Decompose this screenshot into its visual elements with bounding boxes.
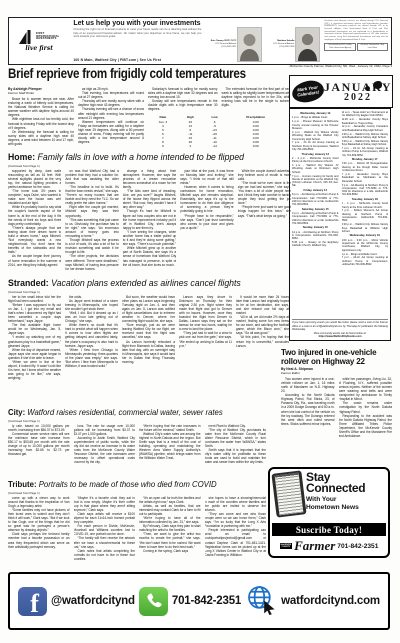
- calendar-entry: 3:30 p.m. - Watford City Wolves Varsity …: [342, 133, 389, 140]
- city-article: City: Watford raises residential, commer…: [8, 407, 266, 474]
- paragraph: “When I flew from Chicago to Minneapolis…: [65, 348, 118, 368]
- masthead-line: McKenzie County Farmer, Watford City, ND…: [242, 64, 392, 68]
- paragraph: Smith says that it is important that the…: [205, 448, 267, 464]
- paragraph: “They just had to wait for a crew to pic…: [179, 331, 232, 347]
- paragraph: ly rate, based on 10,000 gallons per mon…: [8, 424, 70, 432]
- paragraph: Artists, as well as families, that are i…: [139, 504, 201, 516]
- calendar-entry: 1 p.m. - Pioneer Museum of McKenzie Coun…: [292, 120, 339, 130]
- paragraph: As Jappe went instead of a storm brewing…: [65, 299, 118, 311]
- cell-high: 2: [178, 144, 203, 148]
- paragraph: “The most we’ve ever done is the sign we…: [238, 181, 291, 206]
- paragraph: Clark says artists will receive a $100 s…: [74, 512, 136, 524]
- weather-headline: Brief reprieve from frigidly cold temper…: [8, 66, 246, 81]
- paragraph: Warmer temperatures will continue on Fri…: [78, 120, 144, 145]
- advisor-1-phone: (701) 842-2312: [206, 46, 236, 49]
- paragraph: “People here just want to see good thing…: [238, 205, 291, 217]
- cell-date: 9: [148, 144, 178, 148]
- calendar-entry: 5:30 p.m. - Watford City Wolves Varsity …: [342, 140, 389, 147]
- continued-note: (Continued from Page 1): [8, 491, 266, 495]
- paragraph: While Mitchell grew up in another part o…: [123, 246, 176, 266]
- globe-icon: [245, 583, 277, 620]
- calendar-entry: 8 p.m. - AA Meeting at Northern Pump & C…: [342, 184, 389, 197]
- calendar-year: 2022: [324, 93, 392, 103]
- calendar-right-column: 11 a.m. - Texas Hold ’em Tournament at t…: [342, 111, 389, 318]
- paragraph: But soon, the weather would have other p…: [122, 295, 175, 324]
- ad-address-line: 100 N Main, Watford City | FIBT.com | Se…: [73, 58, 201, 62]
- tribute-col-2: “Maybe it’s a favorite chair they sat in…: [74, 496, 136, 560]
- rollover-col-1: Two women were injured in a one-vehicle …: [281, 377, 335, 459]
- ad-body-text: Choosing the right mix of financial prod…: [73, 28, 201, 39]
- weather-col-1: Brace for it, warmer temps are near. Aft…: [8, 97, 74, 146]
- calendar-left-column: Wednesday, January 121 p.m. - Bingo at H…: [292, 111, 339, 318]
- tribute-article: Tribute: Portraits to be made of those w…: [8, 479, 266, 560]
- calendar-entry: 2 - 4 p.m. - McKenzie County Food Pantry…: [342, 202, 389, 209]
- home-col-2: on was that Watford City had a problem t…: [65, 169, 118, 272]
- calendar-entry: 5:45 p.m. - Rosary at the Epiphany Catho…: [292, 241, 339, 248]
- paragraph: your bike at the park, it was there on M…: [180, 169, 233, 185]
- stranded-col-2: the odds.As Jappe went instead of a stor…: [65, 295, 118, 399]
- subscribe-ad: Stay Connected With Your Hometown News S…: [268, 467, 390, 558]
- calendar-entry: 12 p.m. - AA Meeting at Northern Pump & …: [292, 231, 339, 241]
- paragraph: According to Justin Smith, Watford City …: [74, 436, 136, 465]
- paragraph: “Then, we want to give the artist two mo…: [139, 532, 201, 548]
- home-col-3: change a thing about their atmosphere. H…: [123, 169, 176, 272]
- calendar-entry: 2 - 4 p.m. - McKenzie County Food Pantry…: [292, 157, 339, 164]
- tribute-title: Portraits to be made of those who died f…: [39, 479, 217, 489]
- paragraph: Right after the couple got married, Mitc…: [65, 205, 118, 217]
- weather-col-4: The extended forecast for the first part…: [222, 87, 292, 113]
- paragraph: According to the North Dakota Highway Pa…: [281, 393, 335, 426]
- fibt-tagline: live first: [25, 45, 53, 52]
- fibt-logo-line3: INVESTMENTS: [36, 38, 60, 41]
- paragraph: Saturday’s forecast is calling for mostl…: [148, 87, 218, 99]
- paragraph: The crash remains under investigation by…: [339, 401, 393, 413]
- paragraph: “Well, I did. But it cleared up as I was…: [65, 311, 118, 323]
- paragraph: on was that Watford City had a problem t…: [65, 169, 118, 185]
- paragraph: “Some families may not have pictures of …: [8, 508, 70, 533]
- home-label: Home:: [8, 151, 35, 162]
- banner-phone-number: 701-842-2351: [172, 595, 241, 607]
- paragraph: For each person in Divide, McKenzie, Mou…: [74, 524, 136, 536]
- calendar-entry: 11 a.m. - Texas Hold ’em Tournament at t…: [342, 111, 389, 118]
- calendar-entry: 9:00 a.m. - 3:40 p.m. - Motor Vehicle De…: [342, 239, 389, 252]
- paragraph: While it’s probably hard to say what the…: [8, 205, 61, 225]
- paragraph: Though it’s hard for Mitchell to figure …: [123, 209, 176, 229]
- paragraph: Sunday will see temperatures remain in t…: [148, 99, 218, 111]
- paragraph: “Maybe it’s a favorite chair they sat in…: [74, 496, 136, 512]
- rollover-col-2: while her passenger, Jiving Liu, 32, of …: [339, 377, 393, 459]
- paragraph: When the day of departure neared, Jappe …: [8, 348, 61, 360]
- paragraph: Responding to the accident was the North…: [339, 414, 393, 439]
- calendar-entry: 8 p.m. - AA Meeting at Northern Pump & C…: [292, 193, 339, 206]
- paragraph: “When we were in line at the airport, it…: [8, 360, 61, 380]
- home-col-1: supported by deep, dark walls resounding…: [8, 169, 61, 272]
- ad-disclaimer: Securities and advisory services are off…: [324, 20, 388, 41]
- paragraph: “The city of Watford City purchases its …: [205, 428, 267, 448]
- home-title: Family falls in love with a home intende…: [38, 151, 244, 162]
- paragraph: As Larson hurriedly rebooked a flight fr…: [122, 340, 175, 365]
- farmer-brand-box: McKENZIE COUNTY: [280, 543, 293, 550]
- paragraph: “All in all, we did make 2½ days at mark…: [236, 315, 289, 335]
- city-col-4: ment Plant to Watford City.“The city of …: [205, 424, 267, 474]
- advisor-1: Erin Chaney, RICP, CLTC LPL Financial Ad…: [206, 27, 262, 62]
- calendar-entry: 7 p.m. - 24 Hr. AA Group meeting at Nort…: [342, 147, 389, 157]
- ad-headline: Let us help you with your investments: [73, 20, 201, 27]
- calendar-entry: 7 p.m. - Drillers Women’s AA Group Meeti…: [342, 209, 389, 222]
- continued-note: (Continued from Page 1): [8, 419, 266, 423]
- tribute-col-1: come up with a clever way to work around…: [8, 496, 70, 560]
- banner-website: watfordcitynd.com: [281, 595, 380, 607]
- subscribe-ad-line2: Connected: [306, 483, 386, 494]
- continued-note: (Continued from Page 1): [8, 290, 289, 294]
- advisor-2-phone: (701) 842-2318: [264, 46, 294, 49]
- weather-table: Date High Low Precipitation Jan. 3 23 6 …: [148, 115, 285, 148]
- weather-byline-title: Farmer Staff Writer: [8, 91, 74, 95]
- city-col-1: ly rate, based on 10,000 gallons per mon…: [8, 424, 70, 474]
- calendar-entry: Friday, January 14: [292, 189, 339, 192]
- paragraph: However, when it comes to hiring contrac…: [180, 185, 233, 214]
- ad-badge-2: Not Bank Guaranteed · May Lose Value: [357, 43, 388, 51]
- tribute-col-4: she hopes to have a showing/memorial in …: [205, 496, 267, 560]
- paragraph: change a thing about their atmosphere. H…: [123, 169, 176, 189]
- calendar-entry: 4 p.m. - AA Meeting at Northern Pump & C…: [292, 212, 339, 225]
- calendar-events-url: https://www.WatfordCityEvents.com: [292, 335, 388, 338]
- paragraph: The extended forecast for the first part…: [222, 87, 292, 107]
- weather-col-2: as high as 25 mph.That evening, low temp…: [78, 87, 144, 150]
- city-col-3: “We’re hoping that the rate increases in…: [139, 424, 201, 474]
- facebook-icon: f: [18, 587, 47, 616]
- stranded-col-1: her to her small inbox told her the flig…: [8, 295, 61, 399]
- paragraph: “There’s always people that are tearing …: [8, 226, 61, 255]
- paragraph: Thursday evening will see a chance of sn…: [78, 107, 144, 119]
- paragraph: As the couple began their journey of hom…: [8, 254, 61, 266]
- city-col-2: lons. The rate for usage over 10,000 gal…: [74, 424, 136, 474]
- paragraph: By February, Clark says they plan to sta…: [139, 524, 201, 532]
- paragraph: “The kids were kind of dreading. Like, a…: [123, 189, 176, 209]
- paragraph: “The other projects, the decisions were …: [65, 254, 118, 270]
- paragraph: Commercial sewer service rates will see …: [8, 432, 70, 457]
- paragraph: Coming in the spring, Clark says: [139, 549, 201, 553]
- calendar-entry: 7 p.m. - 24-Hr. AA Group meeting at Nort…: [342, 256, 389, 266]
- paragraph: Two women were injured in a one-vehicle …: [281, 377, 335, 393]
- paragraph: “We’re hoping that the rate increases in…: [139, 424, 201, 432]
- ink-blob: [365, 86, 370, 91]
- home-col-5: While the couple doesn’t advertise, they…: [238, 169, 291, 272]
- fibt-logo-mark: [19, 30, 35, 44]
- paragraph: “They can come and see who those people …: [205, 512, 267, 528]
- calendar-badge: Mark Your Calendars!: [291, 79, 326, 104]
- calendar-submission-note: If you have upcoming events you would li…: [292, 319, 388, 331]
- calendar-entry: Saturday, January 15: [292, 208, 339, 211]
- tablet-newspaper-image: [271, 470, 306, 517]
- stranded-article: Stranded: Vacation plans extended as air…: [8, 277, 289, 399]
- advisor-2: Matthew Sabella LPL Financial Advisor (7…: [264, 27, 320, 62]
- calendar-header-box: Mark Your Calendars! JANUARY 2022: [289, 75, 393, 108]
- home-article: Home: Family falls in love with a home i…: [8, 151, 291, 272]
- city-label: City:: [8, 407, 25, 417]
- paragraph: “At this point, I’m hoping that the retu…: [236, 335, 289, 347]
- paragraph: she hopes to have a showing/memorial in …: [205, 496, 267, 512]
- paragraph: Brace for it, warmer temps are near. Aft…: [8, 97, 74, 117]
- facebook-handle: @watfordcitynd: [51, 595, 135, 607]
- fibt-logo: FIRST INTERNATIONAL INVESTMENTS live fir…: [9, 18, 69, 64]
- phone-icon: [139, 587, 168, 616]
- stranded-title: Vacation plans extended as airlines canc…: [51, 277, 241, 288]
- calendar-entry: 7 p.m. - Alexander County Boys Basketbal…: [342, 173, 389, 183]
- cell-precip: 0.00: [226, 144, 285, 148]
- rollover-byline-title: Farmer Editor: [281, 371, 392, 375]
- investment-ad: FIRST INTERNATIONAL INVESTMENTS live fir…: [8, 17, 392, 65]
- home-col-4: your bike at the park, it was there on M…: [180, 169, 233, 272]
- rollover-article: Two injured in one-vehicle rollover on H…: [281, 348, 392, 459]
- paragraph: Thursday will see mostly sunny skies wit…: [78, 99, 144, 107]
- city-title: Watford raises residential, commercial w…: [27, 407, 222, 417]
- paragraph: The first available flight home would be…: [8, 323, 61, 335]
- paragraph: supported by deep, dark walls resounding…: [8, 169, 61, 189]
- paragraph: While there’s no doubt that it’s hard to…: [65, 323, 118, 348]
- paragraph: “The headline is not to build. It’s that…: [65, 185, 118, 205]
- subscribe-ad-line3: With Your: [306, 496, 336, 503]
- farmer-logo: Farmer: [294, 538, 335, 554]
- calendar-entry: 4 p.m. - Watford City Wolves Varsity Wre…: [292, 131, 339, 141]
- paragraph: “It’s an open call for both the families…: [139, 496, 201, 504]
- paragraph: People interested in participating can s…: [205, 528, 267, 557]
- paragraph: Clark notes that artists completing the …: [74, 549, 136, 560]
- subscribe-phone: 701-842-2351: [337, 543, 378, 550]
- rollover-headline-line2: rollover on Highway 22: [281, 357, 388, 366]
- newspaper-page: FIRST INTERNATIONAL INVESTMENTS live fir…: [0, 0, 400, 643]
- cell-low: -14: [203, 144, 226, 148]
- ink-blob: [373, 81, 382, 89]
- tribute-col-3: “It’s an open call for both the families…: [139, 496, 201, 560]
- paragraph: “We’re hoping to have all of the informa…: [139, 516, 201, 524]
- paragraph: “I ended up watching one of my grandsons…: [8, 335, 61, 347]
- paragraph: While the couple doesn’t advertise, they…: [238, 169, 291, 181]
- paragraph: “People have to be responsible,” she say…: [180, 214, 233, 230]
- stranded-col-3: But soon, the weather would have other p…: [122, 295, 175, 399]
- stranded-label: Stranded:: [8, 277, 49, 288]
- tribute-label: Tribute:: [8, 479, 37, 489]
- paragraph: lons. The rate for usage over 10,000 gal…: [74, 424, 136, 436]
- calendar-entry: 7 p.m. - 24 Hr. AA Group meeting at Nort…: [292, 141, 339, 151]
- calendar-entry: Wednesday, January 19: [342, 234, 389, 237]
- stranded-col-4: Larson says they drove to Dickinson on T…: [179, 295, 232, 399]
- paragraph: her to her small inbox told her the flig…: [8, 295, 61, 303]
- calendar-entry: 5:30 p.m. - Watford City Wolves Varsity …: [342, 223, 389, 233]
- calendar-entry: 4 p.m. - Watford City Wolves JV Wrestlin…: [292, 164, 339, 174]
- advisor-1-photo: [237, 27, 262, 62]
- paragraph: come up with a clever way to work around…: [8, 496, 70, 508]
- paragraph: On Wednesday, the forecast is calling fo…: [8, 130, 74, 146]
- calendar-entry: 6:30 p.m. - District 26 Reorganization M…: [342, 162, 389, 172]
- calendar-entry: 12 p.m. - Alexander County Crusaders Gir…: [342, 125, 389, 132]
- weather-article: By Ashleigh Plemper Farmer Staff Writer …: [8, 87, 291, 150]
- ad-badge-1: Not Insured by FDIC or Any Other Governm…: [324, 43, 355, 51]
- paragraph: Watford City’s water rates are among the…: [139, 432, 201, 461]
- subscribe-ad-line4: Hometown News: [306, 504, 359, 511]
- paragraph: while her passenger, Jiving Liu, 32, of …: [339, 377, 393, 402]
- calendar-entry: 11:30 a.m. - Alexander County Boys Baske…: [342, 118, 389, 125]
- calendar-entry: 7 p.m. - Al-Anon meeting for family and …: [292, 175, 339, 188]
- calendar-entry: Thursday, January 13: [292, 153, 339, 156]
- calendar-entry: Tuesday, January 18: [342, 198, 389, 201]
- subscribe-today-bar: Suscribe Today!: [272, 523, 386, 536]
- paragraph: “Sure enough, just as we were leaving Wa…: [122, 323, 175, 339]
- weather-table-row: 9 2 -14 0.00: [148, 144, 285, 148]
- paragraph: “The home took 3½ years to complete,” sa…: [8, 189, 61, 205]
- weather-col-3: Saturday’s forecast is calling for mostl…: [148, 87, 218, 113]
- calendar-events-box: Wednesday, January 121 p.m. - Bingo at H…: [289, 108, 391, 341]
- paragraph: It would be more than 24 hours later tha…: [236, 295, 289, 315]
- advisor-2-photo: [295, 27, 320, 62]
- paragraph: “Before I was supposed to fly out on Jan…: [8, 303, 61, 323]
- contact-banner-ad: f @watfordcitynd 701-842-2351: [8, 572, 390, 630]
- paragraph: Larson says they drove to Dickinson on T…: [179, 295, 232, 332]
- brand-small-2: COUNTY: [281, 546, 292, 548]
- paragraph: With nighttime lows not too terribly col…: [8, 117, 74, 129]
- calendar-entry: Sunday, January 16: [292, 226, 339, 229]
- cursor-icon: [264, 600, 274, 614]
- paragraph: “I love seeing the changes, when another…: [123, 230, 176, 246]
- paragraph: That evening, low temperatures will roun…: [78, 91, 144, 99]
- paragraph: “This was something that just came to us…: [65, 218, 118, 238]
- paragraph: Clark says perhaps the beloved family me…: [8, 532, 70, 548]
- paragraph: Though Mitchell says the process is a lo…: [65, 238, 118, 254]
- continued-note: (Continued from Page 1): [8, 164, 291, 168]
- paragraph: “The family will then receive the artwor…: [74, 536, 136, 548]
